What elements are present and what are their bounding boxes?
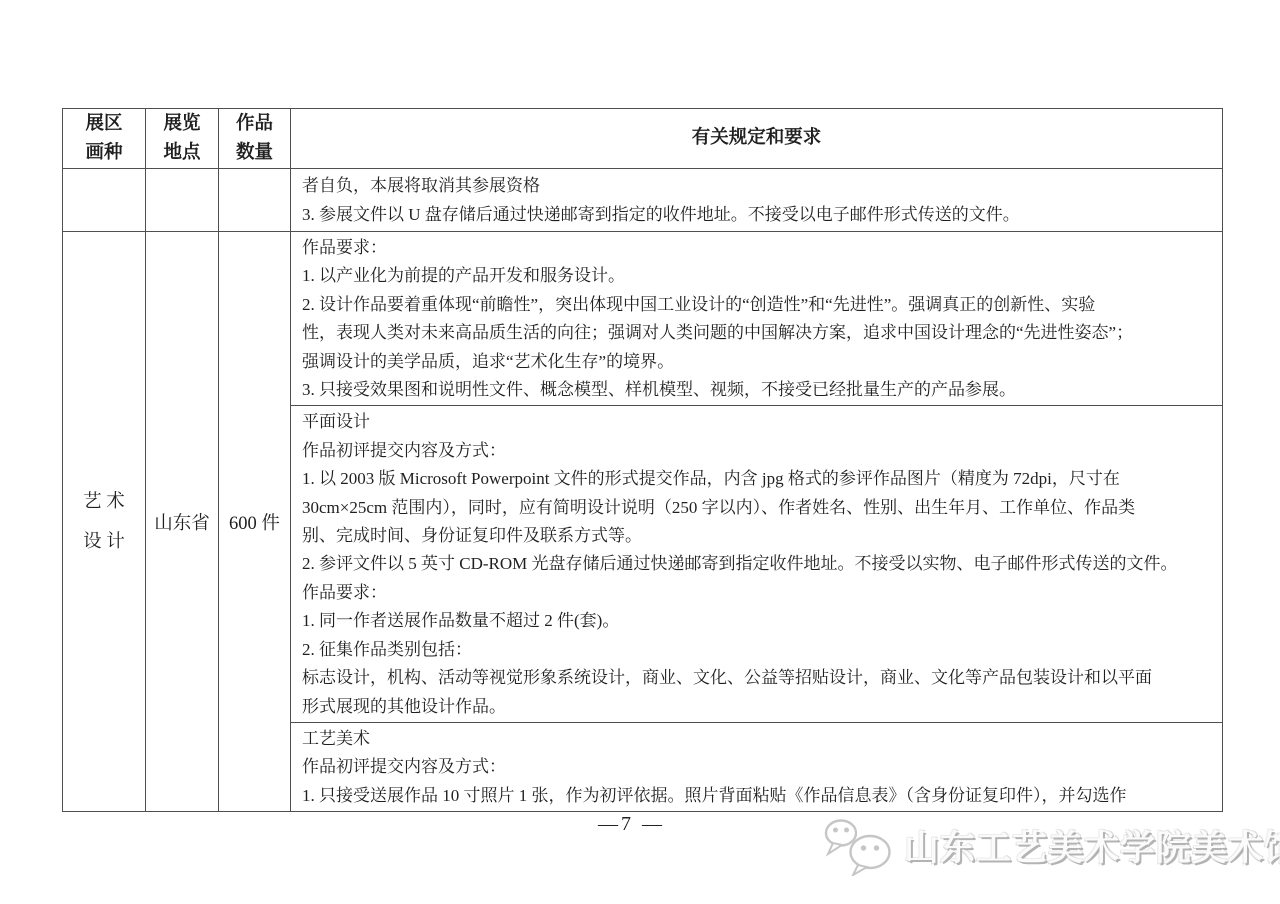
header-regulations: 有关规定和要求 <box>291 109 1223 169</box>
watermark: 山东工艺美术学院美术馆 <box>820 816 1280 881</box>
text-line: 强调设计的美学品质，追求“艺术化生存”的境界。 <box>302 348 1216 376</box>
text-line: 2. 参评文件以 5 英寸 CD-ROM 光盘存储后通过快递邮寄到指定收件地址。… <box>302 550 1216 578</box>
requirements-section-graphic-design: 平面设计作品初评提交内容及方式：1. 以 2003 版 Microsoft Po… <box>291 405 1222 721</box>
header-exhibit-area-line2: 画种 <box>63 139 145 168</box>
text-line: 平面设计 <box>302 408 1216 436</box>
text-line: 作品要求： <box>302 579 1216 607</box>
document-page: 展区 画种 展览 地点 作品 数量 有关规定和要求 者自负，本展将取消其参展资格… <box>0 0 1280 904</box>
cell-quantity-600: 600 件 <box>219 232 291 812</box>
text-line: 1. 以 2003 版 Microsoft Powerpoint 文件的形式提交… <box>302 465 1216 493</box>
requirements-section-product-design: 作品要求：1. 以产业化为前提的产品开发和服务设计。2. 设计作品要着重体现“前… <box>291 232 1222 405</box>
text-line: 形式展现的其他设计作品。 <box>302 693 1216 721</box>
page-number: —7 — <box>598 813 665 836</box>
header-location: 展览 地点 <box>146 109 219 169</box>
wechat-icon <box>820 816 900 881</box>
text-line: 1. 以产业化为前提的产品开发和服务设计。 <box>302 262 1216 290</box>
cell-quantity-empty <box>219 169 291 232</box>
header-location-line1: 展览 <box>146 110 218 139</box>
header-quantity-line1: 作品 <box>219 110 290 139</box>
text-line: 作品初评提交内容及方式： <box>302 753 1216 781</box>
text-line: 1. 只接受送展作品 10 寸照片 1 张，作为初评依据。照片背面粘贴《作品信息… <box>302 782 1216 810</box>
cell-location-empty <box>146 169 219 232</box>
exhibit-area-line1: 艺 术 <box>63 482 145 522</box>
text-line: 者自负，本展将取消其参展资格 <box>302 171 1216 200</box>
text-line: 作品初评提交内容及方式： <box>302 437 1216 465</box>
header-exhibit-area: 展区 画种 <box>63 109 146 169</box>
text-line: 工艺美术 <box>302 725 1216 753</box>
header-exhibit-area-line1: 展区 <box>63 110 145 139</box>
cell-regulations-continuation: 者自负，本展将取消其参展资格3. 参展文件以 U 盘存储后通过快递邮寄到指定的收… <box>291 169 1223 232</box>
text-line: 作品要求： <box>302 234 1216 262</box>
table-header-row: 展区 画种 展览 地点 作品 数量 有关规定和要求 <box>63 109 1223 169</box>
text-line: 2. 征集作品类别包括： <box>302 636 1216 664</box>
exhibit-area-line2: 设 计 <box>63 522 145 562</box>
text-line: 2. 设计作品要着重体现“前瞻性”，突出体现中国工业设计的“创造性”和“先进性”… <box>302 291 1216 319</box>
text-line: 性，表现人类对未来高品质生活的向往；强调对人类问题的中国解决方案，追求中国设计理… <box>302 319 1216 347</box>
requirements-section-arts-crafts: 工艺美术作品初评提交内容及方式：1. 只接受送展作品 10 寸照片 1 张，作为… <box>291 722 1222 811</box>
cell-exhibit-area-art-design: 艺 术 设 计 <box>63 232 146 812</box>
regulations-table: 展区 画种 展览 地点 作品 数量 有关规定和要求 者自负，本展将取消其参展资格… <box>62 108 1223 812</box>
text-line: 30cm×25cm 范围内），同时，应有简明设计说明（250 字以内）、作者姓名… <box>302 494 1216 522</box>
text-line: 别、完成时间、身份证复印件及联系方式等。 <box>302 522 1216 550</box>
text-line: 标志设计，机构、活动等视觉形象系统设计，商业、文化、公益等招贴设计，商业、文化等… <box>302 664 1216 692</box>
cell-exhibit-area-empty <box>63 169 146 232</box>
table-row-art-design: 艺 术 设 计 山东省 600 件 作品要求：1. 以产业化为前提的产品开发和服… <box>63 232 1223 812</box>
text-line: 1. 同一作者送展作品数量不超过 2 件(套)。 <box>302 607 1216 635</box>
cell-location-shandong: 山东省 <box>146 232 219 812</box>
header-quantity: 作品 数量 <box>219 109 291 169</box>
header-location-line2: 地点 <box>146 139 218 168</box>
header-quantity-line2: 数量 <box>219 139 290 168</box>
text-line: 3. 只接受效果图和说明性文件、概念模型、样机模型、视频，不接受已经批量生产的产… <box>302 376 1216 404</box>
watermark-text: 山东工艺美术学院美术馆 <box>904 819 1280 879</box>
continuation-text: 者自负，本展将取消其参展资格3. 参展文件以 U 盘存储后通过快递邮寄到指定的收… <box>291 169 1222 231</box>
text-line: 3. 参展文件以 U 盘存储后通过快递邮寄到指定的收件地址。不接受以电子邮件形式… <box>302 200 1216 229</box>
cell-regulations-art-design: 作品要求：1. 以产业化为前提的产品开发和服务设计。2. 设计作品要着重体现“前… <box>291 232 1223 812</box>
table-row-continuation: 者自负，本展将取消其参展资格3. 参展文件以 U 盘存储后通过快递邮寄到指定的收… <box>63 169 1223 232</box>
